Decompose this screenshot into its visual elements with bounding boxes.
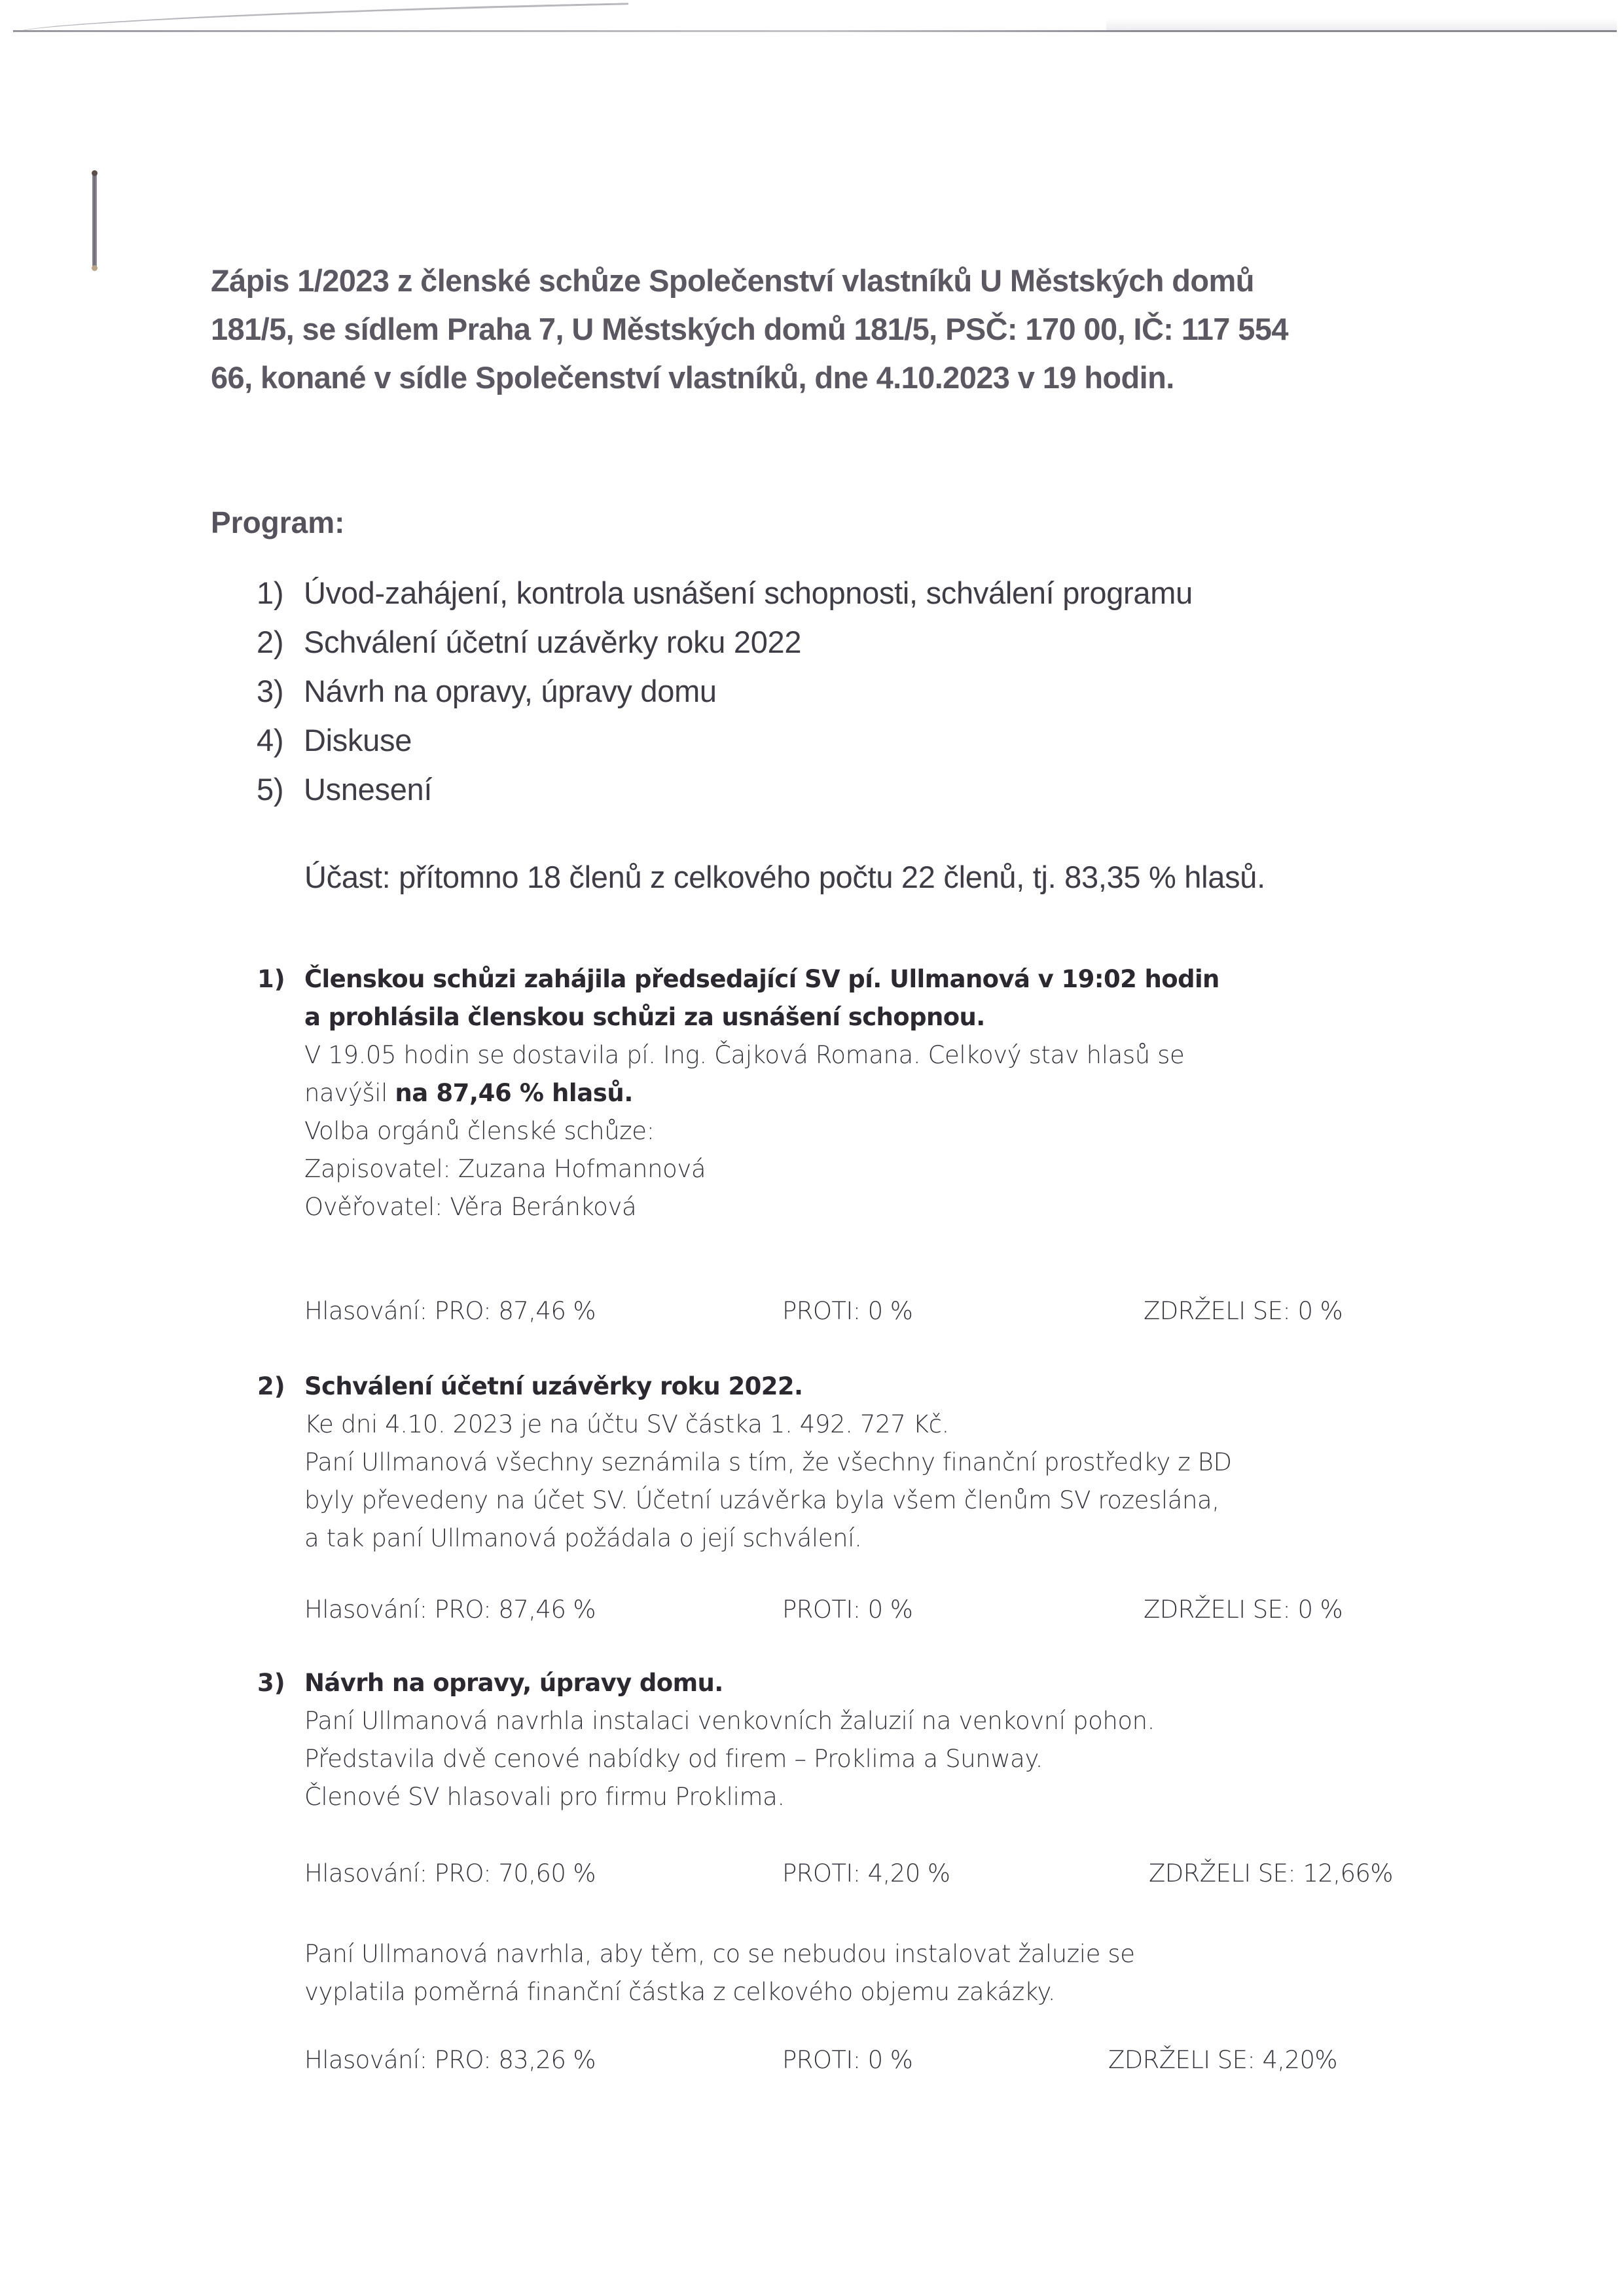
vote-row: Hlasování: PRO: 83,26 % PROTI: 0 % ZDRŽE… — [304, 2041, 1430, 2079]
section-text-fragment: navýšil — [304, 1079, 395, 1107]
section-text-line: Zapisovatel: Zuzana Hofmannová — [304, 1150, 1443, 1188]
section-body: Paní Ullmanová navrhla, aby těm, co se n… — [304, 1935, 1443, 2011]
program-item-number: 3) — [257, 666, 304, 716]
program-item-number: 5) — [257, 765, 304, 814]
attendance-summary: Účast: přítomno 18 členů z celkového poč… — [304, 859, 1265, 896]
vote-row: Hlasování: PRO: 87,46 % PROTI: 0 % ZDRŽE… — [304, 1292, 1430, 1330]
program-item: 4)Diskuse — [257, 716, 1193, 765]
vote-proti: PROTI: 4,20 % — [782, 1855, 950, 1893]
section-number: 2) — [257, 1368, 285, 1406]
section-title-line: Návrh na opravy, úpravy domu. — [304, 1664, 1443, 1702]
section-body: Návrh na opravy, úpravy domu. Paní Ullma… — [304, 1664, 1443, 1816]
program-item-text: Usnesení — [304, 772, 432, 807]
section-number: 1) — [257, 960, 285, 998]
program-item-text: Úvod-zahájení, kontrola usnášení schopno… — [304, 575, 1193, 610]
program-item-number: 4) — [257, 716, 304, 765]
section-body: Členskou schůzi zahájila předsedající SV… — [304, 960, 1443, 1226]
vote-zdrzeli: ZDRŽELI SE: 4,20% — [1108, 2041, 1337, 2079]
program-item-number: 2) — [257, 617, 304, 666]
vote-row: Hlasování: PRO: 87,46 % PROTI: 0 % ZDRŽE… — [304, 1591, 1430, 1629]
vote-zdrzeli: ZDRŽELI SE: 12,66% — [1149, 1855, 1393, 1893]
program-title: Program: — [211, 504, 344, 541]
section-text-line: navýšil na 87,46 % hlasů. — [304, 1074, 1443, 1112]
vote-proti: PROTI: 0 % — [782, 1292, 912, 1330]
heading-line: 66, konané v sídle Společenství vlastník… — [211, 354, 1454, 402]
program-item: 3)Návrh na opravy, úpravy domu — [257, 666, 1193, 716]
program-item-text: Schválení účetní uzávěrky roku 2022 — [304, 625, 801, 659]
section-text-line: Paní Ullmanová navrhla instalaci venkovn… — [304, 1702, 1443, 1740]
program-list: 1)Úvod-zahájení, kontrola usnášení schop… — [257, 568, 1193, 814]
section-number: 3) — [257, 1664, 285, 1702]
section-title-line: Schválení účetní uzávěrky roku 2022. — [304, 1368, 1443, 1406]
vote-pro: Hlasování: PRO: 70,60 % — [304, 1855, 596, 1893]
vote-pro: Hlasování: PRO: 83,26 % — [304, 2041, 596, 2079]
vote-zdrzeli: ZDRŽELI SE: 0 % — [1144, 1292, 1343, 1330]
vote-proti: PROTI: 0 % — [782, 2041, 912, 2079]
vote-proti: PROTI: 0 % — [782, 1591, 912, 1629]
section-text-line: Volba orgánů členské schůze: — [304, 1112, 1443, 1150]
section-text-line: Představila dvě cenové nabídky od firem … — [304, 1740, 1443, 1778]
vote-zdrzeli: ZDRŽELI SE: 0 % — [1144, 1591, 1343, 1629]
heading-line: Zápis 1/2023 z členské schůze Společenst… — [211, 257, 1454, 305]
section-body: Schválení účetní uzávěrky roku 2022. Ke … — [304, 1368, 1443, 1558]
heading-line: 181/5, se sídlem Praha 7, U Městských do… — [211, 305, 1454, 354]
section-text-line: Členové SV hlasovali pro firmu Proklima. — [304, 1778, 1443, 1816]
section-text-line: Paní Ullmanová navrhla, aby těm, co se n… — [304, 1935, 1443, 1973]
staple-icon — [92, 172, 97, 270]
section-text-line: Ověřovatel: Věra Beránková — [304, 1188, 1443, 1226]
section-text-line: Paní Ullmanová všechny seznámila s tím, … — [304, 1444, 1443, 1482]
vote-row: Hlasování: PRO: 70,60 % PROTI: 4,20 % ZD… — [304, 1855, 1430, 1893]
scan-top-edge — [13, 30, 1617, 32]
scan-edge-artifact — [13, 3, 628, 33]
vote-pro: Hlasování: PRO: 87,46 % — [304, 1591, 596, 1629]
section-title-line: Členskou schůzi zahájila předsedající SV… — [304, 960, 1443, 998]
section-text-line: byly převedeny na účet SV. Účetní uzávěr… — [304, 1482, 1443, 1520]
section-title-line: a prohlásila členskou schůzi za usnášení… — [304, 998, 1443, 1036]
program-item: 5)Usnesení — [257, 765, 1193, 814]
scan-shadow-artifact — [1106, 18, 1617, 31]
program-item: 1)Úvod-zahájení, kontrola usnášení schop… — [257, 568, 1193, 617]
program-item-number: 1) — [257, 568, 304, 617]
program-item-text: Diskuse — [304, 723, 412, 757]
section-text-line: V 19.05 hodin se dostavila pí. Ing. Čajk… — [304, 1036, 1443, 1074]
program-item: 2)Schválení účetní uzávěrky roku 2022 — [257, 617, 1193, 666]
vote-pro: Hlasování: PRO: 87,46 % — [304, 1292, 596, 1330]
program-item-text: Návrh na opravy, úpravy domu — [304, 674, 717, 708]
section-text-line: Ke dni 4.10. 2023 je na účtu SV částka 1… — [304, 1406, 1443, 1444]
section-text-line: vyplatila poměrná finanční částka z celk… — [304, 1973, 1443, 2011]
document-heading: Zápis 1/2023 z členské schůze Společenst… — [211, 257, 1454, 402]
section-text-line: a tak paní Ullmanová požádala o její sch… — [304, 1520, 1443, 1558]
votes-total-highlight: na 87,46 % hlasů. — [395, 1079, 633, 1107]
